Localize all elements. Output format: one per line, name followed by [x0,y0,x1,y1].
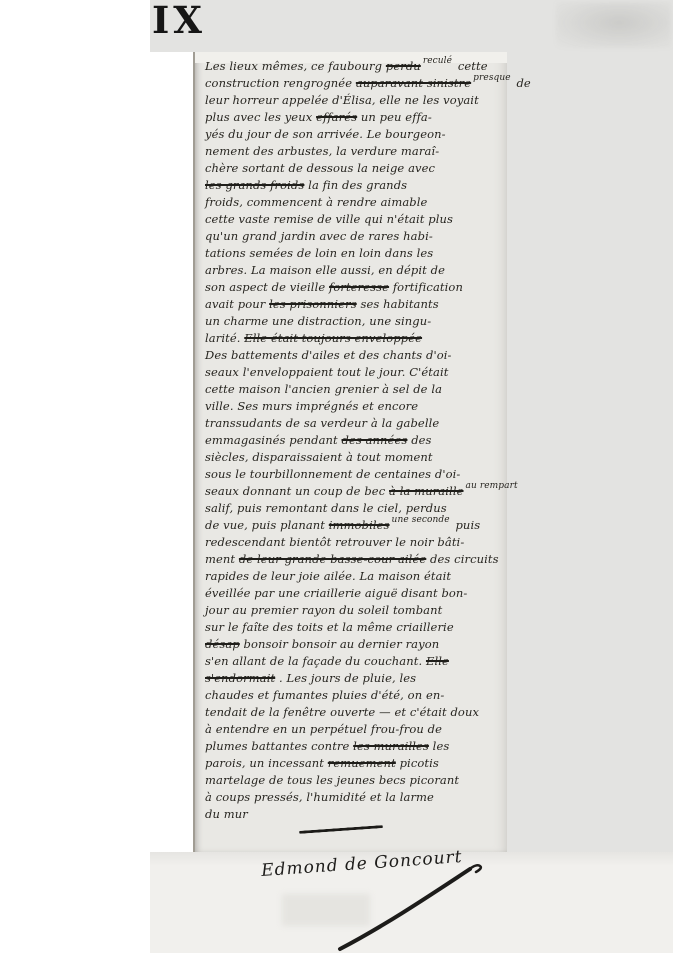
manuscript-line: parois, un incessant remuement picotis [205,755,503,772]
handwritten-text: qu'un grand jardin avec de rares habi- [205,229,433,243]
handwritten-text: ville. Ses murs imprégnés et encore [205,399,418,413]
struck-text: les murailles [353,739,429,753]
manuscript-line: cette maison l'ancien grenier à sel de l… [205,381,503,398]
manuscript-line: qu'un grand jardin avec de rares habi- [205,228,503,245]
manuscript-line: plus avec les yeux effarés un peu effa- [205,109,503,126]
inserted-text: au rempart [466,481,518,491]
handwritten-text: plumes battantes contre [205,739,353,753]
handwritten-text: cette vaste remise de ville qui n'était … [205,212,453,226]
manuscript-paper: Les lieux mêmes, ce faubourg perdureculé… [193,52,507,852]
manuscript-line: avait pour les prisonniers ses habitants [205,296,503,313]
manuscript-line: arbres. La maison elle aussi, en dépit d… [205,262,503,279]
handwritten-text: tations semées de loin en loin dans les [205,246,433,260]
manuscript-line: siècles, disparaissaient à tout moment [205,449,503,466]
manuscript-line: désap bonsoir bonsoir au dernier rayon [205,636,503,653]
struck-text: s'endormait [205,671,275,685]
struck-text: remuement [328,756,396,770]
scanned-manuscript-page: IX Les lieux mêmes, ce faubourg perdurec… [0,0,673,953]
handwritten-text: arbres. La maison elle aussi, en dépit d… [205,263,445,277]
handwritten-text: chaudes et fumantes pluies d'été, on en- [205,688,444,702]
handwritten-text: s'en allant de la façade du couchant. [205,654,426,668]
manuscript-line: de vue, puis planant immobilesune second… [205,517,503,534]
inserted-text: presque [473,73,511,83]
manuscript-line: froids, commencent à rendre aimable [205,194,503,211]
manuscript-line: cette vaste remise de ville qui n'était … [205,211,503,228]
handwritten-text: froids, commencent à rendre aimable [205,195,427,209]
handwritten-text: bonsoir bonsoir au dernier rayon [240,637,439,651]
struck-text: Elle était toujours enveloppée [244,331,422,345]
handwritten-text: ment [205,552,239,566]
handwritten-text: des circuits [426,552,498,566]
manuscript-line: redescendant bientôt retrouver le noir b… [205,534,503,551]
handwritten-text: sous le tourbillonnement de centaines d'… [205,467,460,481]
manuscript-line: seaux l'enveloppaient tout le jour. C'ét… [205,364,503,381]
struck-text: des années [342,433,408,447]
manuscript-line: jour au premier rayon du soleil tombant [205,602,503,619]
handwritten-text: siècles, disparaissaient à tout moment [205,450,433,464]
manuscript-line: nement des arbustes, la verdure maraî- [205,143,503,160]
handwritten-text: . Les jours de pluie, les [275,671,416,685]
handwritten-text: yés du jour de son arrivée. Le bourgeon- [205,127,446,141]
handwritten-text: cette maison l'ancien grenier à sel de l… [205,382,442,396]
handwritten-text: seaux donnant un coup de bec [205,484,389,498]
manuscript-line: Les lieux mêmes, ce faubourg perdureculé… [205,58,503,75]
handwritten-text: de [513,76,531,90]
handwritten-text: un charme une distraction, une singu- [205,314,431,328]
manuscript-line: larité. Elle était toujours enveloppée [205,330,503,347]
manuscript-line: martelage de tous les jeunes becs picora… [205,772,503,789]
manuscript-line: les grands froids la fin des grands [205,177,503,194]
handwritten-text: des [407,433,431,447]
handwritten-text: leur horreur appelée d'Élisa, elle ne le… [205,93,479,107]
manuscript-line: ville. Ses murs imprégnés et encore [205,398,503,415]
manuscript-line: sous le tourbillonnement de centaines d'… [205,466,503,483]
manuscript-line: tendait de la fenêtre ouverte — et c'éta… [205,704,503,721]
handwritten-text: parois, un incessant [205,756,328,770]
struck-text: immobiles [329,518,390,532]
scan-bottom-strip: Edmond de Goncourt [150,852,673,953]
manuscript-line: plumes battantes contre les murailles le… [205,738,503,755]
manuscript-line: à coups pressés, l'humidité et la larme [205,789,503,806]
signature-flourish [150,852,673,953]
handwritten-text: fortification [389,280,463,294]
struck-text: à la muraille [389,484,464,498]
handwritten-text: un peu effa- [357,110,432,124]
handwritten-text: cette [454,59,488,73]
manuscript-line: sur le faîte des toits et la même criail… [205,619,503,636]
manuscript-line: un charme une distraction, une singu- [205,313,503,330]
struck-text: effarés [316,110,357,124]
struck-text: les prisonniers [269,297,357,311]
struck-text: les grands froids [205,178,304,192]
inserted-text: une seconde [392,515,450,525]
manuscript-line: ment de leur grande basse-cour ailée des… [205,551,503,568]
handwritten-text: rapides de leur joie ailée. La maison ét… [205,569,451,583]
handwritten-text: redescendant bientôt retrouver le noir b… [205,535,464,549]
handwritten-text: emmagasinés pendant [205,433,342,447]
struck-text: auparavant sinistre [356,76,471,90]
chapter-numeral: IX [152,0,206,42]
manuscript-line: seaux donnant un coup de bec à la murail… [205,483,503,500]
handwritten-text: les [429,739,449,753]
manuscript-line: transsudants de sa verdeur à la gabelle [205,415,503,432]
struck-text: de leur grande basse-cour ailée [239,552,426,566]
handwritten-text: à coups pressés, l'humidité et la larme [205,790,434,804]
handwritten-text: la fin des grands [304,178,407,192]
manuscript-line: chère sortant de dessous la neige avec [205,160,503,177]
struck-text: perdu [386,59,421,73]
manuscript-line: salif, puis remontant dans le ciel, perd… [205,500,503,517]
manuscript-line: Des battements d'ailes et des chants d'o… [205,347,503,364]
manuscript-lines: Les lieux mêmes, ce faubourg perdureculé… [205,58,503,823]
struck-text: désap [205,637,240,651]
manuscript-line: s'endormait . Les jours de pluie, les [205,670,503,687]
manuscript-line: rapides de leur joie ailée. La maison ét… [205,568,503,585]
handwritten-text: nement des arbustes, la verdure maraî- [205,144,439,158]
handwritten-text: martelage de tous les jeunes becs picora… [205,773,459,787]
handwritten-text: Les lieux mêmes, ce faubourg [205,59,386,73]
manuscript-line: s'en allant de la façade du couchant. El… [205,653,503,670]
manuscript-line: éveillée par une criaillerie aiguë disan… [205,585,503,602]
handwritten-text: sur le faîte des toits et la même criail… [205,620,454,634]
manuscript-line: emmagasinés pendant des années des [205,432,503,449]
manuscript-line: son aspect de vieille forteresse fortifi… [205,279,503,296]
manuscript-line: construction rengrognée auparavant sinis… [205,75,503,92]
struck-text: forteresse [329,280,389,294]
end-of-text-dash [299,825,383,834]
handwritten-text: plus avec les yeux [205,110,316,124]
handwritten-text: tendait de la fenêtre ouverte — et c'éta… [205,705,479,719]
handwritten-text: ses habitants [357,297,439,311]
struck-text: Elle [426,654,449,668]
manuscript-line: leur horreur appelée d'Élisa, elle ne le… [205,92,503,109]
manuscript-line: chaudes et fumantes pluies d'été, on en- [205,687,503,704]
handwritten-text: à entendre en un perpétuel frou-frou de [205,722,442,736]
handwritten-text: larité. [205,331,244,345]
handwritten-text: de vue, puis planant [205,518,329,532]
handwritten-text: avait pour [205,297,269,311]
handwritten-text: salif, puis remontant dans le ciel, perd… [205,501,447,515]
handwritten-text: construction rengrognée [205,76,356,90]
handwritten-text: puis [452,518,481,532]
handwritten-text: Des battements d'ailes et des chants d'o… [205,348,452,362]
handwritten-text: du mur [205,807,248,821]
scan-smudge [556,2,671,48]
handwritten-text: éveillée par une criaillerie aiguë disan… [205,586,467,600]
handwritten-text: chère sortant de dessous la neige avec [205,161,435,175]
inserted-text: reculé [423,56,452,66]
handwritten-text: picotis [396,756,439,770]
manuscript-line: tations semées de loin en loin dans les [205,245,503,262]
manuscript-line: du mur [205,806,503,823]
manuscript-line: yés du jour de son arrivée. Le bourgeon- [205,126,503,143]
handwritten-text: seaux l'enveloppaient tout le jour. C'ét… [205,365,448,379]
manuscript-line: à entendre en un perpétuel frou-frou de [205,721,503,738]
handwritten-text: transsudants de sa verdeur à la gabelle [205,416,439,430]
scan-right-strip [505,52,673,852]
handwritten-text: jour au premier rayon du soleil tombant [205,603,442,617]
handwritten-text: son aspect de vieille [205,280,329,294]
scan-top-strip [150,0,673,52]
